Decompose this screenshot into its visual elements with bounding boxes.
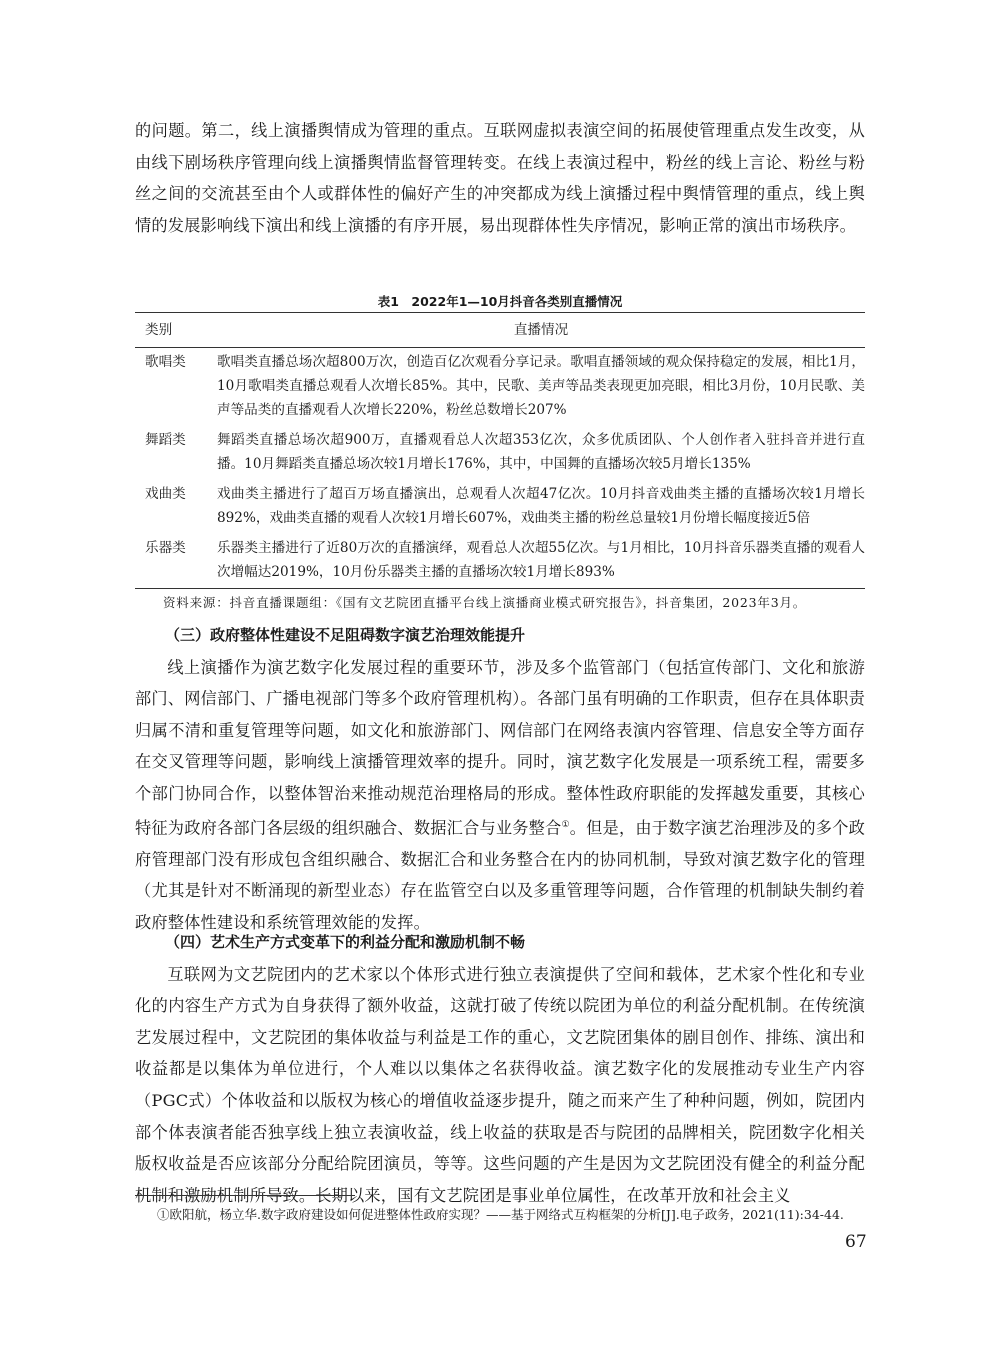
table-row: 歌唱类 歌唱类直播总场次超800万次，创造百亿次观看分享记录。歌唱直播领域的观众… <box>135 348 865 427</box>
livestream-table: 类别 直播情况 歌唱类 歌唱类直播总场次超800万次，创造百亿次观看分享记录。歌… <box>135 312 865 589</box>
section-3-text-a: 线上演播作为演艺数字化发展过程的重要环节，涉及多个监管部门（包括宣传部门、文化和… <box>135 658 865 837</box>
header-description: 直播情况 <box>217 313 865 348</box>
row-category: 戏曲类 <box>135 480 217 534</box>
row-category: 乐器类 <box>135 534 217 589</box>
table-header-row: 类别 直播情况 <box>135 313 865 348</box>
table-source: 资料来源：抖音直播课题组：《国有文艺院团直播平台线上演播商业模式研究报告》，抖音… <box>163 593 806 611</box>
footnote-ref[interactable]: ① <box>561 820 569 830</box>
table-row: 舞蹈类 舞蹈类直播总场次超900万，直播观看总人次超353亿次，众多优质团队、个… <box>135 426 865 480</box>
row-category: 歌唱类 <box>135 348 217 427</box>
intro-paragraph: 的问题。第二，线上演播舆情成为管理的重点。互联网虚拟表演空间的拓展使管理重点发生… <box>135 115 865 241</box>
row-category: 舞蹈类 <box>135 426 217 480</box>
section-3-heading: （三）政府整体性建设不足阻碍数字演艺治理效能提升 <box>135 620 865 652</box>
table-caption: 表1 2022年1—10月抖音各类别直播情况 <box>135 292 865 310</box>
section-4-paragraph: 互联网为文艺院团内的艺术家以个体形式进行独立表演提供了空间和载体，艺术家个性化和… <box>135 959 865 1212</box>
section-3-paragraph: 线上演播作为演艺数字化发展过程的重要环节，涉及多个监管部门（包括宣传部门、文化和… <box>135 652 865 939</box>
row-description: 戏曲类主播进行了超百万场直播演出，总观看人次超47亿次。10月抖音戏曲类主播的直… <box>217 480 865 534</box>
footnote-divider <box>135 1195 355 1196</box>
row-description: 乐器类主播进行了近80万次的直播演绎，观看总人次超55亿次。与1月相比，10月抖… <box>217 534 865 589</box>
header-category: 类别 <box>135 313 217 348</box>
row-description: 舞蹈类直播总场次超900万，直播观看总人次超353亿次，众多优质团队、个人创作者… <box>217 426 865 480</box>
section-4: （四）艺术生产方式变革下的利益分配和激励机制不畅 互联网为文艺院团内的艺术家以个… <box>135 927 865 1211</box>
row-description: 歌唱类直播总场次超800万次，创造百亿次观看分享记录。歌唱直播领域的观众保持稳定… <box>217 348 865 427</box>
table-row: 乐器类 乐器类主播进行了近80万次的直播演绎，观看总人次超55亿次。与1月相比，… <box>135 534 865 589</box>
page-number: 67 <box>845 1232 867 1252</box>
table-row: 戏曲类 戏曲类主播进行了超百万场直播演出，总观看人次超47亿次。10月抖音戏曲类… <box>135 480 865 534</box>
section-4-heading: （四）艺术生产方式变革下的利益分配和激励机制不畅 <box>135 927 865 959</box>
section-3: （三）政府整体性建设不足阻碍数字演艺治理效能提升 线上演播作为演艺数字化发展过程… <box>135 620 865 938</box>
footnote: ①欧阳航，杨立华.数字政府建设如何促进整体性政府实现？——基于网络式互构框架的分… <box>157 1205 844 1223</box>
